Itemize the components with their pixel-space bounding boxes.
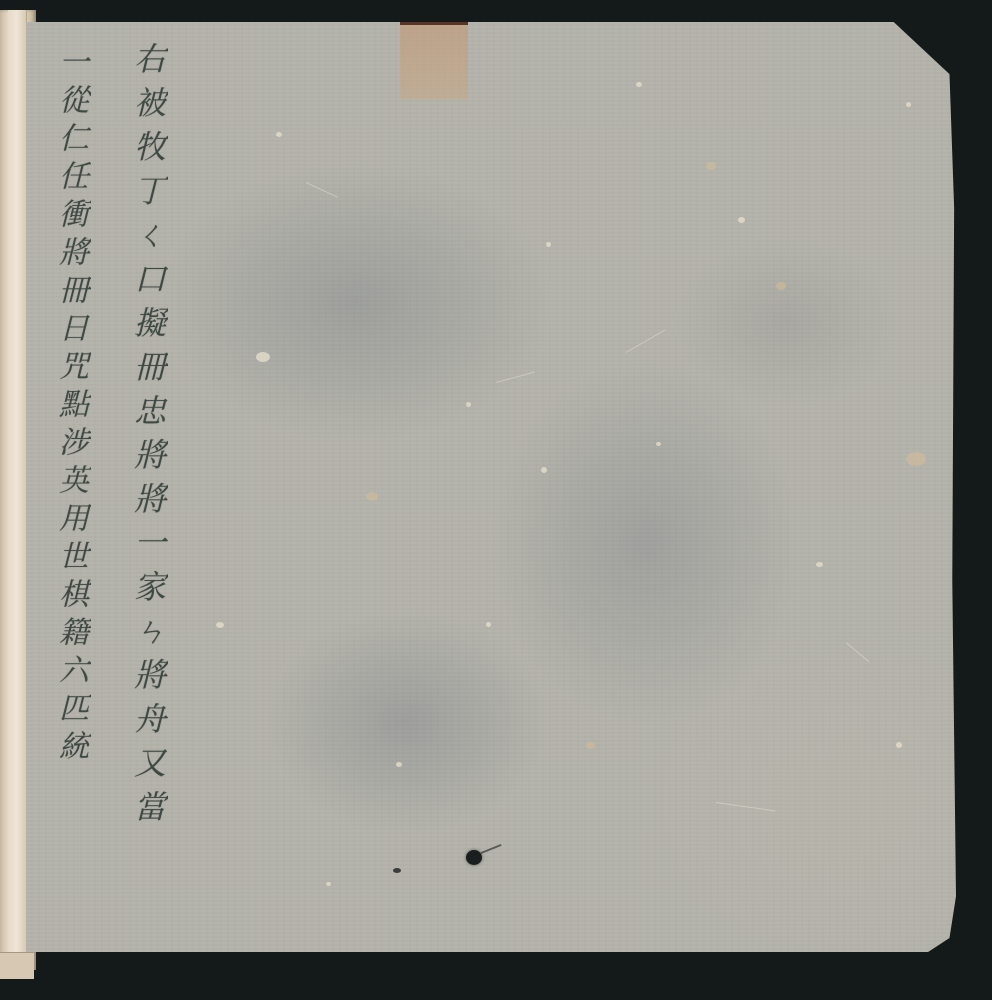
- paper-speck: [656, 442, 661, 446]
- paper-speck: [216, 622, 224, 628]
- paper-speck: [906, 102, 911, 107]
- paper-speck: [776, 282, 786, 290]
- paper-speck: [326, 882, 331, 886]
- faded-seal-stamp: [400, 22, 468, 99]
- paper-speck: [256, 352, 270, 362]
- paper-fiber: [716, 802, 776, 811]
- scan-scene: 鬯翡渋引言 右被牧丁ㄑ口擬冊忠將將一家ㄣ將舟又當 一從仁任衝將冊日咒點涉英用世棋…: [0, 0, 992, 1000]
- paper-speck: [541, 467, 547, 473]
- paper-speck: [466, 402, 471, 407]
- paper-speck: [586, 742, 595, 749]
- handwritten-column-left: 一從仁任衝將冊日咒點涉英用世棋籍六匹統: [48, 46, 92, 768]
- paper-fiber: [496, 372, 535, 383]
- binding-fold: [8, 10, 27, 955]
- paper-fiber: [306, 182, 338, 198]
- paper-speck: [366, 492, 378, 501]
- paper-speck: [816, 562, 823, 567]
- paper-speck: [486, 622, 491, 627]
- paper-speck: [396, 762, 402, 767]
- paper-speck: [896, 742, 902, 748]
- paper-speck: [546, 242, 551, 247]
- binding-foot: [0, 952, 34, 979]
- handwritten-column-right: 右被牧丁ㄑ口擬冊忠將將一家ㄣ將舟又當: [124, 42, 172, 834]
- paper-speck: [276, 132, 282, 137]
- paper-speck: [706, 162, 716, 170]
- paper-fiber: [626, 330, 665, 353]
- ink-dot: [393, 868, 401, 873]
- paper-speck: [738, 217, 745, 223]
- paper-fiber: [846, 642, 870, 662]
- paper-speck: [636, 82, 642, 87]
- paper-speck: [906, 452, 926, 466]
